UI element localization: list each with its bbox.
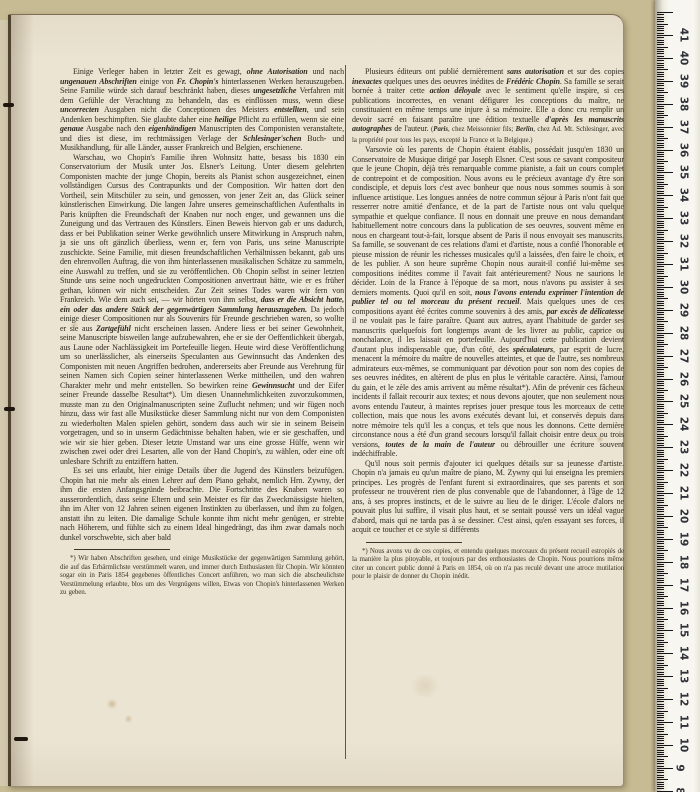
ruler-tick — [657, 411, 664, 412]
ruler-tick — [657, 612, 664, 613]
ruler-tick — [657, 472, 664, 473]
ruler-tick — [657, 19, 664, 20]
ruler-tick — [657, 202, 664, 203]
ruler-tick — [657, 186, 664, 187]
ruler-tick — [657, 553, 664, 554]
emphasized-text: ungesetzliche — [253, 86, 296, 95]
ruler-tick — [657, 447, 673, 448]
ruler-tick — [657, 637, 664, 638]
ruler-tick — [657, 330, 664, 331]
ruler-tick — [657, 589, 664, 590]
ruler-tick — [657, 168, 664, 169]
ruler-tick — [657, 374, 664, 375]
ruler-tick — [657, 136, 664, 137]
ruler-tick — [657, 555, 664, 556]
ruler-tick — [657, 207, 668, 208]
paragraph: Einige Verleger haben in letzter Zeit es… — [60, 67, 344, 153]
ruler-tick — [657, 138, 668, 139]
ruler-tick — [657, 573, 668, 574]
ruler-tick — [657, 752, 664, 753]
ruler-tick — [657, 259, 664, 260]
ruler-tick — [657, 743, 664, 744]
ruler-tick — [657, 255, 664, 256]
ruler-number: 10 — [677, 738, 689, 753]
emphasized-text: eigenhändigen — [148, 124, 196, 133]
ruler-tick — [657, 461, 664, 462]
ruler-number: 20 — [677, 509, 689, 524]
emphasized-text: Schlesinger'schen — [243, 134, 301, 143]
emphasized-text: par excès de délicatesse — [547, 307, 624, 316]
ruler-tick — [657, 413, 668, 414]
ruler-tick — [657, 539, 673, 540]
ruler-tick — [657, 276, 668, 277]
ruler-tick — [657, 534, 664, 535]
ruler-tick — [657, 51, 664, 52]
ruler-number: 31 — [677, 257, 689, 272]
ruler-tick — [657, 285, 664, 286]
ruler-tick — [657, 543, 664, 544]
ruler-tick — [657, 656, 664, 657]
ruler-tick — [657, 221, 664, 222]
ruler-tick — [657, 493, 673, 494]
ruler-tick — [657, 214, 664, 215]
ruler-tick — [657, 280, 664, 281]
ruler-tick — [657, 619, 668, 620]
ruler-tick — [657, 385, 664, 386]
ruler-tick — [657, 699, 673, 700]
ruler-tick — [657, 372, 664, 373]
ruler-tick — [657, 365, 664, 366]
emphasized-text: nous l'avons entendu exprimer l'intentio… — [352, 288, 624, 307]
ruler-tick — [657, 592, 664, 593]
ruler-tick — [657, 301, 664, 302]
ruler-tick — [657, 340, 664, 341]
ruler-tick — [657, 248, 664, 249]
ruler-number: 40 — [677, 51, 689, 66]
ruler-tick — [657, 417, 664, 418]
ruler-tick — [657, 44, 664, 45]
ruler-tick — [657, 507, 664, 508]
ruler-tick — [657, 177, 664, 178]
ruler-tick — [657, 308, 664, 309]
ruler-tick — [657, 724, 664, 725]
ruler-tick — [657, 766, 664, 767]
german-column: Einige Verleger haben in letzter Zeit es… — [60, 67, 344, 597]
ruler-tick — [657, 159, 664, 160]
ruler-tick — [657, 37, 664, 38]
ruler-tick — [657, 154, 664, 155]
ruler-tick — [657, 104, 673, 105]
ruler-number: 15 — [677, 623, 689, 638]
ruler-number: 39 — [677, 73, 689, 88]
ruler-tick — [657, 488, 664, 489]
ruler-tick — [657, 431, 664, 432]
ruler-tick — [657, 49, 664, 50]
ruler-number: 22 — [677, 463, 689, 478]
ruler-tick — [657, 708, 664, 709]
ruler-tick — [657, 509, 664, 510]
ruler-tick — [657, 317, 664, 318]
ruler-tick — [657, 633, 664, 634]
ruler-tick — [657, 266, 664, 267]
emphasized-text: spéculateurs — [513, 345, 553, 354]
ruler-tick — [657, 269, 664, 270]
ruler-tick — [657, 115, 668, 116]
ruler-tick — [657, 246, 664, 247]
ruler-number: 30 — [677, 280, 689, 295]
ruler-tick — [657, 463, 664, 464]
ruler-tick — [657, 601, 664, 602]
ruler-tick — [657, 56, 664, 57]
ruler-tick — [657, 271, 664, 272]
ruler-tick — [657, 230, 668, 231]
ruler-tick — [657, 321, 668, 322]
ruler-tick — [657, 388, 664, 389]
ruler-tick — [657, 559, 664, 560]
ruler-tick — [657, 296, 664, 297]
ruler-tick — [657, 429, 664, 430]
ruler-tick — [657, 674, 664, 675]
ruler-tick — [657, 482, 668, 483]
ruler-tick — [657, 346, 664, 347]
ruler-tick — [657, 747, 664, 748]
ruler-tick — [657, 404, 664, 405]
ruler-tick — [657, 195, 673, 196]
ruler-tick — [657, 253, 668, 254]
ruler-tick — [657, 344, 668, 345]
ruler-number: 18 — [677, 554, 689, 569]
ruler-tick — [657, 369, 664, 370]
emphasized-text: Fr. Chopin's — [177, 77, 219, 86]
ruler-tick — [657, 193, 664, 194]
ruler-tick — [657, 76, 664, 77]
ruler-number: 28 — [677, 325, 689, 340]
ruler-tick — [657, 383, 664, 384]
ruler-tick — [657, 232, 664, 233]
ruler-tick — [657, 33, 664, 34]
binding-stitch — [14, 737, 28, 741]
emphasized-text: dass er die Absicht hatte, ein oder das … — [60, 295, 344, 314]
ruler: 4140393837363534333231302928272625242322… — [655, 0, 700, 792]
footnote-text: *) Wir haben Abschriften gesehen, und ei… — [60, 554, 344, 597]
ruler-tick — [657, 134, 664, 135]
ruler-number: 25 — [677, 394, 689, 409]
ruler-tick — [657, 12, 673, 13]
ruler-tick — [657, 646, 664, 647]
ruler-tick — [657, 358, 664, 359]
ruler-number: 32 — [677, 234, 689, 249]
ruler-tick — [657, 24, 668, 25]
ruler-tick — [657, 514, 664, 515]
ruler-tick — [657, 717, 664, 718]
imprint-note: (Paris, chez Meissonnier fils; Berlin, c… — [352, 126, 624, 144]
ruler-tick — [657, 452, 664, 453]
ruler-tick — [657, 257, 664, 258]
ruler-tick — [657, 575, 664, 576]
ruler-tick — [657, 511, 664, 512]
ruler-tick — [657, 117, 664, 118]
ruler-tick — [657, 67, 664, 68]
ruler-tick — [657, 695, 664, 696]
ruler-tick — [657, 392, 664, 393]
ruler-tick — [657, 582, 664, 583]
ruler-tick — [657, 557, 664, 558]
ruler-number: 8 — [674, 787, 686, 792]
ruler-number: 23 — [677, 440, 689, 455]
ruler-tick — [657, 273, 664, 274]
emphasized-text: ungenauen Abschriften — [60, 77, 137, 86]
paragraph: Warschau, wo Chopin's Familie ihren Wohn… — [60, 153, 344, 467]
ruler-tick — [657, 172, 673, 173]
emphasized-text: action déloyale — [430, 86, 481, 95]
ruler-tick — [657, 401, 673, 402]
ruler-tick — [657, 608, 673, 609]
ruler-tick — [657, 587, 664, 588]
ruler-tick — [657, 303, 664, 304]
french-footnote: *) Nous avons vu de ces copies, et enten… — [352, 547, 624, 581]
ruler-tick — [657, 390, 668, 391]
ruler-tick — [657, 740, 664, 741]
ruler-tick — [657, 516, 673, 517]
ruler-tick — [657, 328, 664, 329]
ruler-tick — [657, 326, 664, 327]
ruler-tick — [657, 161, 668, 162]
ruler-number: 17 — [677, 577, 689, 592]
ruler-tick — [657, 500, 664, 501]
french-column: Plusieurs éditeurs ont publié dernièreme… — [352, 67, 624, 581]
emphasized-text: entstellten — [274, 105, 307, 114]
ruler-tick — [657, 30, 664, 31]
ruler-tick — [657, 564, 664, 565]
ruler-tick — [657, 395, 664, 396]
ruler-tick — [657, 69, 668, 70]
ruler-tick — [657, 90, 664, 91]
ruler-number: 41 — [677, 28, 689, 43]
ruler-tick — [657, 406, 664, 407]
ruler-tick — [657, 658, 664, 659]
foxing-stain — [106, 699, 118, 709]
ruler-tick — [657, 479, 664, 480]
ruler-tick — [657, 525, 664, 526]
ruler-tick — [657, 305, 664, 306]
ruler-tick — [657, 523, 664, 524]
ruler-tick — [657, 218, 673, 219]
emphasized-text: uncorrecten — [60, 105, 99, 114]
ruler-number: 27 — [677, 348, 689, 363]
footnote-text: *) Nous avons vu de ces copies, et enten… — [352, 547, 624, 581]
ruler-tick — [657, 468, 664, 469]
ruler-tick — [657, 692, 664, 693]
ruler-tick — [657, 88, 664, 89]
ruler-tick — [657, 337, 664, 338]
emphasized-text: Zartgefühl — [96, 324, 131, 333]
ruler-tick — [657, 454, 664, 455]
ruler-tick — [657, 314, 664, 315]
ruler-tick — [657, 227, 664, 228]
ruler-tick — [657, 292, 664, 293]
ruler-tick — [657, 626, 664, 627]
ruler-tick — [657, 665, 668, 666]
ruler-tick — [657, 585, 673, 586]
binding-stitch — [4, 407, 15, 411]
ruler-tick — [657, 754, 664, 755]
ruler-tick — [657, 63, 664, 64]
ruler-tick — [657, 72, 664, 73]
ruler-tick — [657, 188, 664, 189]
ruler-tick — [657, 200, 664, 201]
ruler-number: 29 — [677, 302, 689, 317]
ruler-tick — [657, 630, 673, 631]
ruler-tick — [657, 122, 664, 123]
ruler-tick — [657, 729, 664, 730]
ruler-tick — [657, 624, 664, 625]
ruler-tick — [657, 356, 673, 357]
ruler-number: 12 — [677, 692, 689, 707]
ruler-tick — [657, 498, 664, 499]
ruler-tick — [657, 74, 664, 75]
ruler-tick — [657, 784, 664, 785]
ruler-tick — [657, 445, 664, 446]
ruler-tick — [657, 209, 664, 210]
ruler-tick — [657, 782, 664, 783]
ruler-tick — [657, 635, 664, 636]
ruler-tick — [657, 736, 664, 737]
ruler-tick — [657, 264, 673, 265]
emphasized-text: inexactes — [352, 77, 382, 86]
ruler-tick — [657, 711, 668, 712]
ruler-tick — [657, 669, 664, 670]
ruler-tick — [657, 175, 664, 176]
ruler-tick — [657, 81, 673, 82]
ruler-tick — [657, 294, 664, 295]
ruler-tick — [657, 562, 673, 563]
ruler-tick — [657, 179, 664, 180]
ruler-tick — [657, 663, 664, 664]
ruler-tick — [657, 408, 664, 409]
paragraph: Plusieurs éditeurs ont publié dernièreme… — [352, 67, 624, 145]
ruler-number: 11 — [677, 715, 689, 730]
ruler-tick — [657, 379, 673, 380]
ruler-number: 26 — [677, 371, 689, 386]
ruler-tick — [657, 466, 664, 467]
ruler-number: 38 — [677, 96, 689, 111]
ruler-tick — [657, 546, 664, 547]
ruler-tick — [657, 239, 664, 240]
ruler-tick — [657, 147, 664, 148]
ruler-tick — [657, 548, 664, 549]
ruler-tick — [657, 397, 664, 398]
ruler-tick — [657, 777, 664, 778]
ruler-tick — [657, 495, 664, 496]
ruler-tick — [657, 697, 664, 698]
ruler-tick — [657, 129, 664, 130]
ruler-tick — [657, 58, 673, 59]
ruler-tick — [657, 351, 664, 352]
ruler-tick — [657, 578, 664, 579]
ruler-tick — [657, 580, 664, 581]
ruler-tick — [657, 237, 664, 238]
ruler-tick — [657, 541, 664, 542]
ruler-tick — [657, 287, 673, 288]
ruler-number: 14 — [677, 646, 689, 661]
ruler-tick — [657, 537, 664, 538]
ruler-tick — [657, 681, 664, 682]
ruler-tick — [657, 225, 664, 226]
ruler-tick — [657, 434, 664, 435]
ruler-number: 37 — [677, 119, 689, 134]
ruler-tick — [657, 610, 664, 611]
ruler-tick — [657, 101, 664, 102]
ruler-tick — [657, 768, 673, 769]
ruler-tick — [657, 182, 664, 183]
ruler-tick — [657, 438, 664, 439]
ruler-tick — [657, 205, 664, 206]
ruler-tick — [657, 653, 673, 654]
ruler-tick — [657, 527, 668, 528]
ruler-tick — [657, 360, 664, 361]
ruler-tick — [657, 243, 664, 244]
ruler-tick — [657, 282, 664, 283]
ruler-tick — [657, 166, 664, 167]
ruler-tick — [657, 518, 664, 519]
column-divider — [345, 65, 346, 759]
ruler-tick — [657, 738, 664, 739]
ruler-tick — [657, 772, 664, 773]
ruler-tick — [657, 342, 664, 343]
ruler-tick — [657, 569, 664, 570]
ruler-number: 35 — [677, 165, 689, 180]
ruler-tick — [657, 353, 664, 354]
ruler-tick — [657, 191, 664, 192]
emphasized-text: ohne Autorisation — [247, 67, 308, 76]
ruler-tick — [657, 28, 664, 29]
ruler-tick — [657, 211, 664, 212]
ruler-tick — [657, 298, 668, 299]
ruler-tick — [657, 603, 664, 604]
ruler-tick — [657, 156, 664, 157]
ruler-tick — [657, 715, 664, 716]
ruler-tick — [657, 424, 673, 425]
ruler-tick — [657, 770, 664, 771]
ruler-tick — [657, 617, 664, 618]
ruler-tick — [657, 786, 664, 787]
ruler-tick — [657, 450, 664, 451]
ruler-tick — [657, 60, 664, 61]
ruler-number: 19 — [677, 531, 689, 546]
ruler-tick — [657, 85, 664, 86]
ruler-number: 36 — [677, 142, 689, 157]
ruler-tick — [657, 676, 673, 677]
ruler-tick — [657, 456, 664, 457]
ruler-tick — [657, 788, 664, 789]
binding-edge — [8, 15, 11, 786]
ruler-tick — [657, 685, 664, 686]
ruler-tick — [657, 505, 668, 506]
ruler-tick — [657, 440, 664, 441]
ruler-tick — [657, 484, 664, 485]
scanned-book-photo: { "document": { "left_column": { "paragr… — [0, 0, 700, 792]
ruler-tick — [657, 312, 664, 313]
ruler-number: 13 — [677, 669, 689, 684]
ruler-tick — [657, 550, 668, 551]
french-text: Plusieurs éditeurs ont publié dernièreme… — [352, 67, 624, 535]
ruler-tick — [657, 99, 664, 100]
ruler-tick — [657, 672, 664, 673]
emphasized-text: Berlin — [516, 126, 534, 133]
ruler-tick — [657, 621, 664, 622]
ruler-tick — [657, 690, 664, 691]
ruler-number: 34 — [677, 188, 689, 203]
